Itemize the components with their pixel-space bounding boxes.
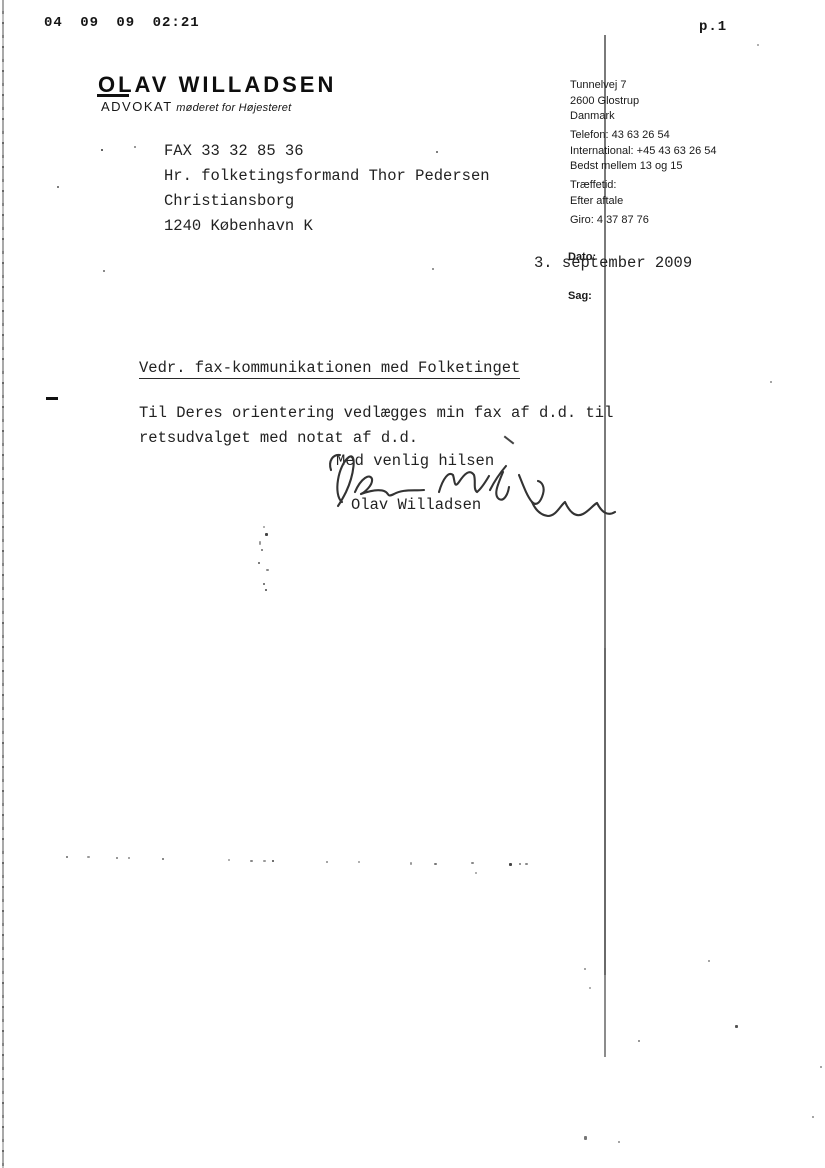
letterhead-title-detail: møderet for Højesteret — [176, 102, 291, 114]
address-line: Danmark — [570, 109, 716, 125]
recipient-fax-number: FAX 33 32 85 36 — [164, 139, 490, 164]
contact-address: Tunnelvej 7 2600 Glostrup Danmark — [570, 78, 716, 125]
phone-line: International: +45 43 63 26 54 — [570, 144, 716, 160]
letterhead-underline — [97, 94, 129, 97]
phone-line: Telefon: 43 63 26 54 — [570, 128, 716, 144]
stray-dash-mark — [46, 397, 58, 400]
letter-date: 3. september 2009 — [534, 254, 692, 272]
recipient-line: Christiansborg — [164, 189, 490, 214]
left-scan-edge-line — [2, 0, 4, 1168]
recipient-line: 1240 København K — [164, 214, 490, 239]
contact-hours: Træffetid: Efter aftale — [570, 178, 716, 209]
address-line: Tunnelvej 7 — [570, 78, 716, 94]
letter-body: Til Deres orientering vedlægges min fax … — [139, 401, 613, 450]
phone-line: Bedst mellem 13 og 15 — [570, 159, 716, 175]
letterhead-title: ADVOKAT — [101, 99, 173, 114]
letterhead-name: OLAV WILLADSEN — [98, 72, 336, 98]
address-line: 2600 Glostrup — [570, 94, 716, 110]
body-line: Til Deres orientering vedlægges min fax … — [139, 401, 613, 426]
fax-letter-page: 04 09 09 02:21 p.1 OLAV WILLADSEN ADVOKA… — [0, 0, 825, 1168]
contact-giro: Giro: 4 37 87 76 — [570, 213, 716, 229]
sag-label: Sag: — [568, 290, 592, 302]
fax-page-number: p.1 — [699, 19, 727, 35]
recipient-block: FAX 33 32 85 36 Hr. folketingsformand Th… — [164, 139, 490, 239]
fax-timestamp: 04 09 09 02:21 — [44, 15, 200, 31]
subject-line: Vedr. fax-kommunikationen med Folketinge… — [139, 359, 520, 377]
signature-name: Olav Willadsen — [351, 496, 481, 514]
handwritten-signature — [325, 449, 620, 534]
hours-line: Træffetid: — [570, 178, 716, 194]
contact-phone: Telefon: 43 63 26 54 International: +45 … — [570, 128, 716, 175]
contact-info-block: Tunnelvej 7 2600 Glostrup Danmark Telefo… — [570, 78, 716, 232]
recipient-line: Hr. folketingsformand Thor Pedersen — [164, 164, 490, 189]
body-line: retsudvalget med notat af d.d. — [139, 426, 613, 451]
hours-line: Efter aftale — [570, 194, 716, 210]
letterhead-subtitle: ADVOKAT møderet for Højesteret — [101, 99, 291, 114]
